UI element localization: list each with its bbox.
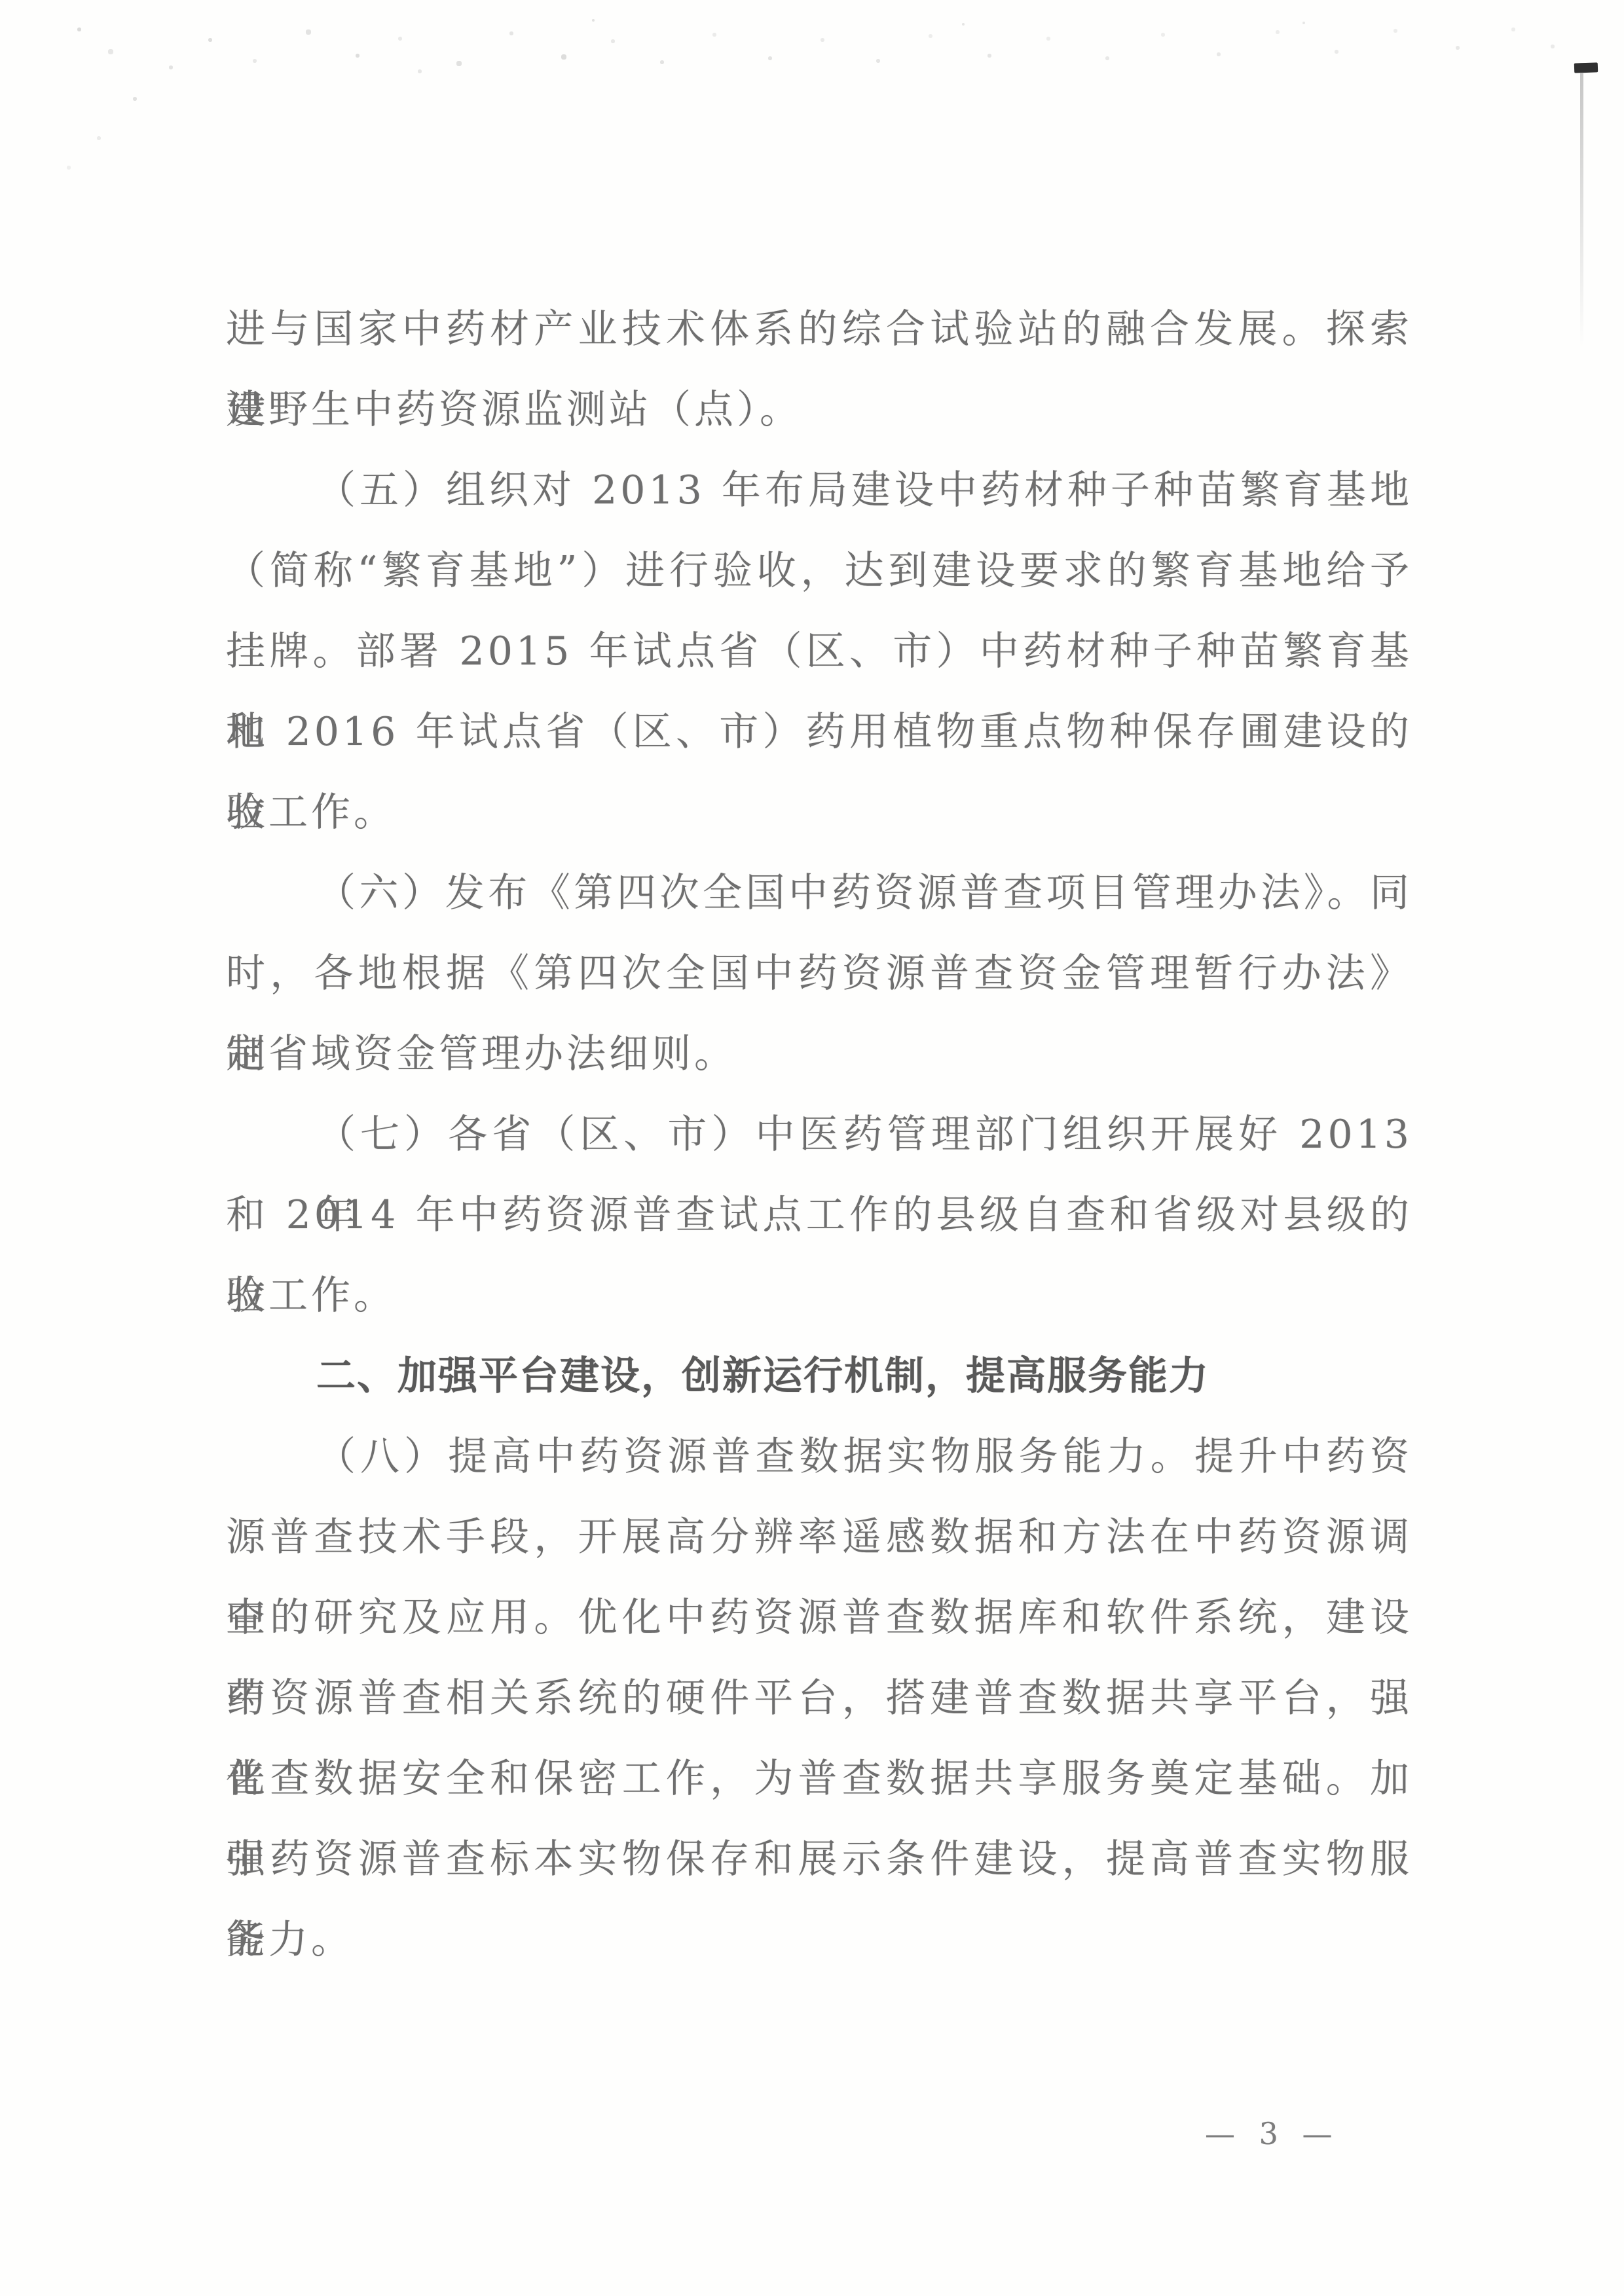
text-line: 普查数据安全和保密工作，为普查数据共享服务奠定基础。加强 <box>226 1739 1412 1819</box>
text-line: 收工作。 <box>226 1256 1412 1336</box>
text-line: 收工作。 <box>226 773 1412 853</box>
document-page: 进与国家中药材产业技术体系的综合试验站的融合发展。探索建 设野生中药资源监测站（… <box>0 0 1624 2296</box>
text-line: 时，各地根据《第四次全国中药资源普查资金管理暂行办法》制 <box>226 934 1412 1014</box>
document-body: 进与国家中药材产业技术体系的综合试验站的融合发展。探索建 设野生中药资源监测站（… <box>226 289 1412 1980</box>
text-line: 进与国家中药材产业技术体系的综合试验站的融合发展。探索建 <box>226 289 1412 370</box>
scan-noise-speckles <box>0 0 1 1</box>
text-line: 能力。 <box>226 1900 1412 1980</box>
text-line: （八）提高中药资源普查数据实物服务能力。提升中药资 <box>226 1417 1412 1497</box>
text-line: 中药资源普查标本实物保存和展示条件建设，提高普查实物服务 <box>226 1819 1412 1900</box>
text-line: 源普查技术手段，开展高分辨率遥感数据和方法在中药资源调查 <box>226 1497 1412 1578</box>
text-line: 设野生中药资源监测站（点）。 <box>226 370 1412 450</box>
text-line: 挂牌。部署 2015 年试点省（区、市）中药材种子种苗繁育基地 <box>226 611 1412 692</box>
text-line: （七）各省（区、市）中医药管理部门组织开展好 2013 年 <box>226 1095 1412 1175</box>
text-line: 和 2014 年中药资源普查试点工作的县级自查和省级对县级的验 <box>226 1175 1412 1256</box>
text-line: 中的研究及应用。优化中药资源普查数据库和软件系统，建设中 <box>226 1578 1412 1658</box>
text-line: 药资源普查相关系统的硬件平台，搭建普查数据共享平台，强化 <box>226 1658 1412 1739</box>
page-number: — 3 — <box>1205 2116 1334 2151</box>
text-line: 定省域资金管理办法细则。 <box>226 1014 1412 1095</box>
scan-edge-streak <box>1580 73 1583 348</box>
text-line: （简称“繁育基地”）进行验收，达到建设要求的繁育基地给予 <box>226 531 1412 611</box>
text-line: 和 2016 年试点省（区、市）药用植物重点物种保存圃建设的验 <box>226 692 1412 773</box>
text-line: （五）组织对 2013 年布局建设中药材种子种苗繁育基地 <box>226 450 1412 531</box>
scan-corner-dash-mark <box>1574 62 1598 73</box>
section-heading: 二、加强平台建设，创新运行机制，提高服务能力 <box>226 1336 1412 1417</box>
text-line: （六）发布《第四次全国中药资源普查项目管理办法》。同 <box>226 853 1412 934</box>
